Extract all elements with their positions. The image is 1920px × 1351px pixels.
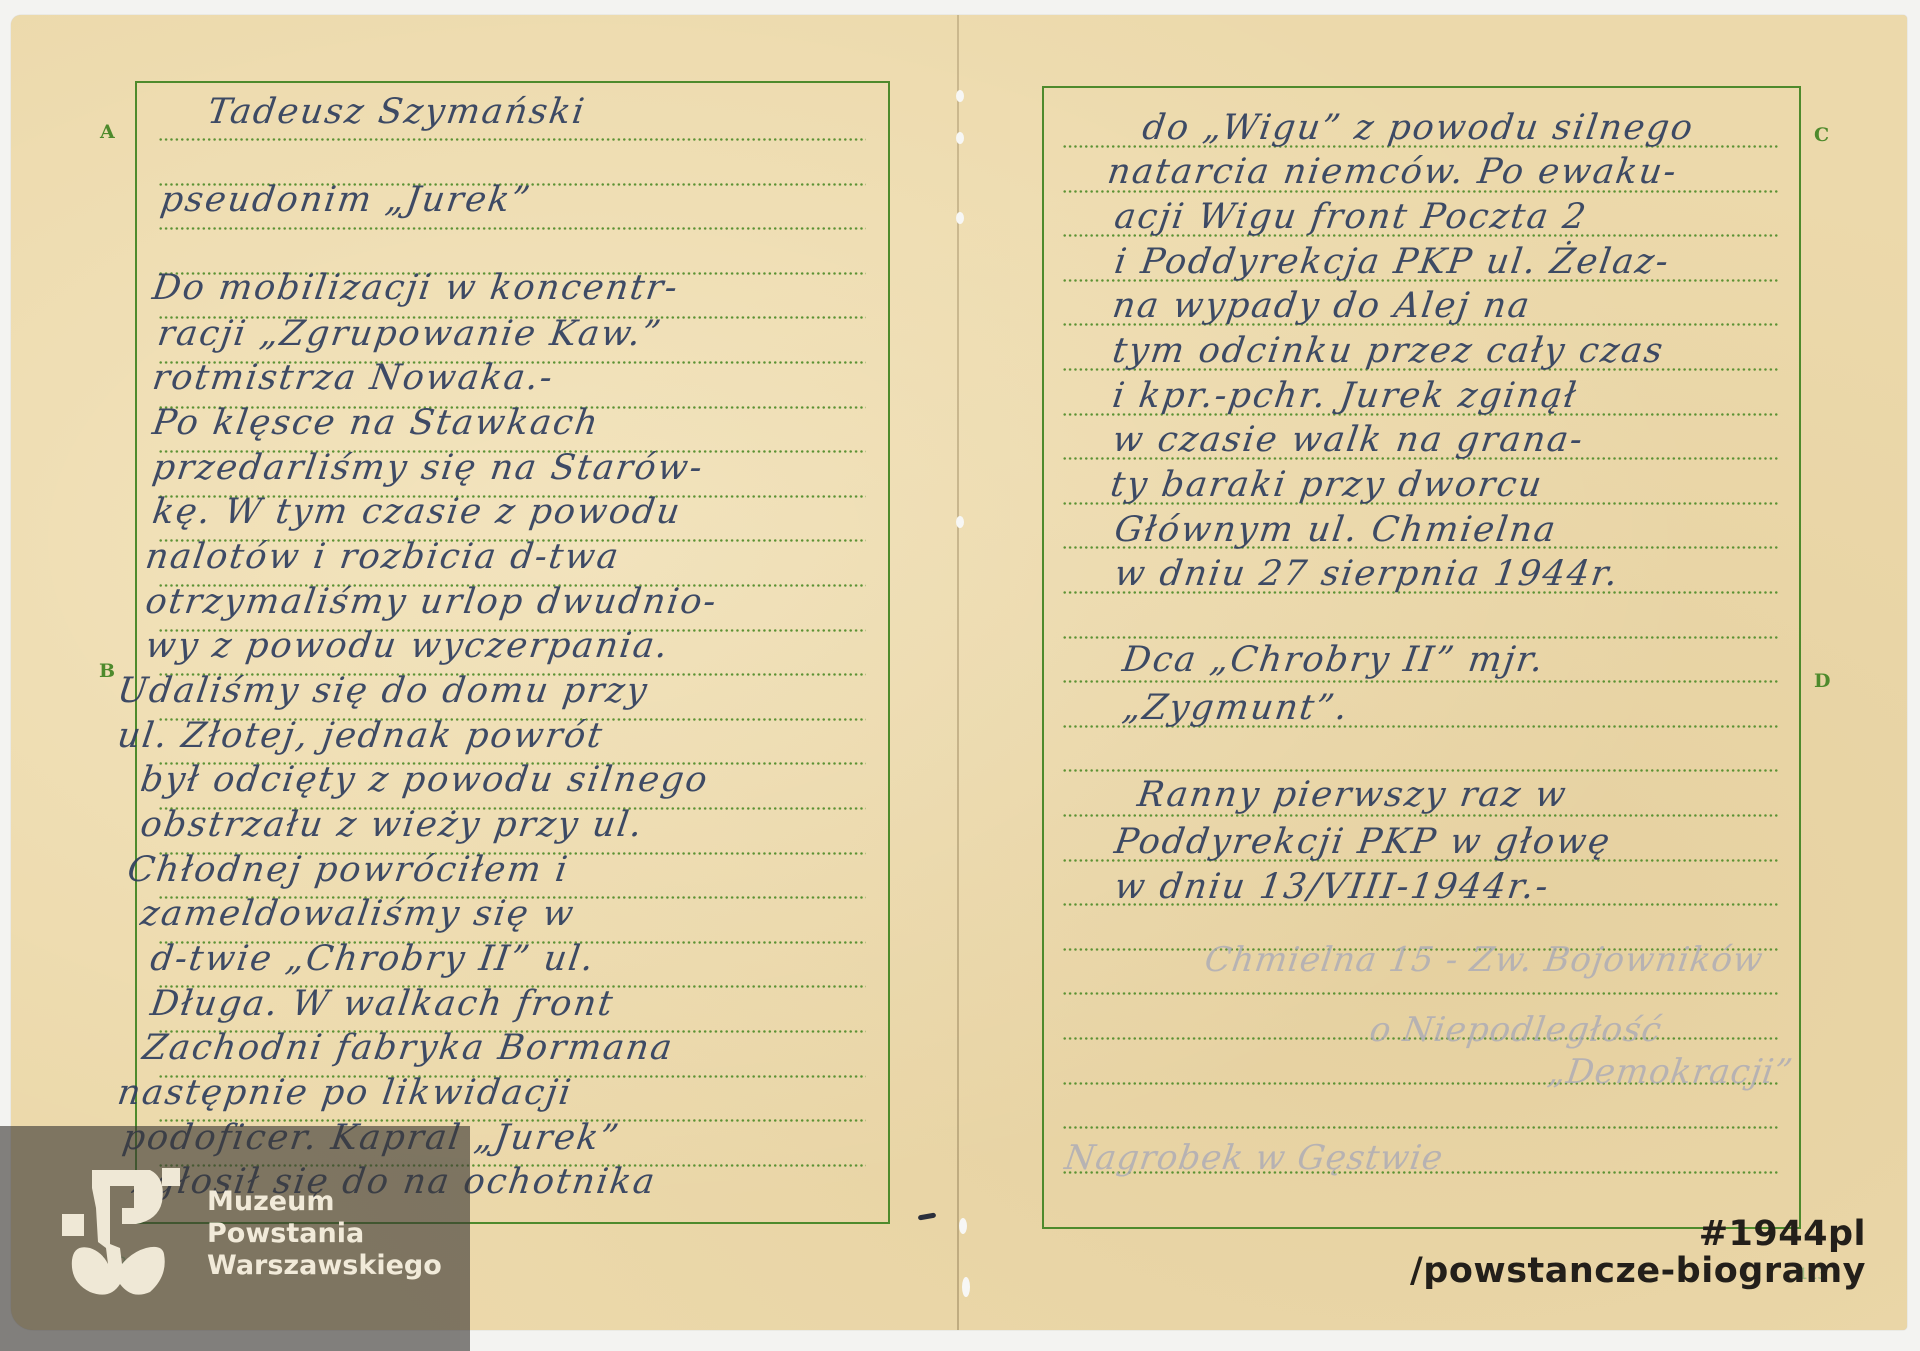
handwritten-line: do „Wigu” z powodu silnego xyxy=(1140,108,1697,148)
handwritten-line: Długa. W walkach front xyxy=(148,984,617,1024)
collection-path-label: /powstancze-biogramy xyxy=(1410,1251,1866,1291)
handwritten-line: Zachodni fabryka Bormana xyxy=(140,1028,676,1068)
handwritten-line: ty baraki przy dworcu xyxy=(1108,465,1546,505)
handwritten-line: był odcięty z powodu silnego xyxy=(138,760,711,800)
museum-name-line-1: Muzeum xyxy=(207,1186,334,1218)
handwritten-line: Głównym ul. Chmielna xyxy=(1112,510,1560,550)
ruled-dotted-line xyxy=(1062,680,1778,683)
pencil-note: Chmielna 15 - Zw. Bojowników xyxy=(1202,940,1766,980)
handwritten-line: Ranny pierwszy raz w xyxy=(1135,775,1570,815)
handwritten-line: i kpr.-pchr. Jurek zginął xyxy=(1110,376,1580,416)
handwritten-line: następnie po likwidacji xyxy=(115,1073,575,1113)
handwritten-line: Chłodnej powróciłem i xyxy=(125,850,572,890)
handwritten-line: Dca „Chrobry II” mjr. xyxy=(1120,640,1547,680)
handwritten-line: Do mobilizacji w koncentr- xyxy=(150,268,682,308)
handwritten-line: otrzymaliśmy urlop dwudnio- xyxy=(143,582,720,622)
handwritten-line: acji Wigu front Poczta 2 xyxy=(1112,197,1590,237)
ruled-dotted-line xyxy=(1062,769,1778,772)
staple-hole xyxy=(956,212,964,224)
handwritten-line: ul. Złotej, jednak powrót xyxy=(115,716,606,756)
margin-letter-c: C xyxy=(1814,124,1829,146)
handwritten-line: i Poddyrekcja PKP ul. Żelaz- xyxy=(1112,242,1673,282)
handwritten-line: Tadeusz Szymański xyxy=(205,92,588,132)
handwritten-line: w dniu 27 sierpnia 1944r. xyxy=(1112,554,1622,594)
handwritten-line: obstrzału z wieży przy ul. xyxy=(138,805,646,845)
kotwica-anchor-icon xyxy=(62,1168,180,1300)
handwritten-line: w czasie walk na grana- xyxy=(1110,420,1587,460)
handwritten-line: „Zygmunt”. xyxy=(1120,688,1352,728)
handwritten-line: d-twie „Chrobry II” ul. xyxy=(148,939,598,979)
museum-name-line-3: Warszawskiego xyxy=(207,1250,442,1282)
handwritten-line: Udaliśmy się do domu przy xyxy=(115,671,651,711)
ruled-dotted-line xyxy=(158,138,866,141)
ruled-dotted-line xyxy=(1062,636,1778,639)
pencil-note: o Niepodległość xyxy=(1367,1010,1664,1050)
pencil-note: Nagrobek w Gęstwie xyxy=(1062,1138,1446,1178)
staple-hole xyxy=(956,90,964,102)
ruled-dotted-line xyxy=(1062,1126,1778,1129)
margin-letter-d: D xyxy=(1814,670,1830,692)
handwritten-line: w dniu 13/VIII-1944r.- xyxy=(1112,867,1552,907)
pencil-note: „Demokracji” xyxy=(1545,1052,1795,1092)
handwritten-line: racji „Zgrupowanie Kaw.” xyxy=(155,314,665,354)
handwritten-line: kę. W tym czasie z powodu xyxy=(150,492,684,532)
staple-hole xyxy=(956,516,964,528)
margin-letter-a: A xyxy=(100,121,115,143)
handwritten-line: wy z powodu wyczerpania. xyxy=(143,626,672,666)
ruled-dotted-line xyxy=(1062,992,1778,995)
handwritten-line: zameldowaliśmy się w xyxy=(138,894,578,934)
staple-hole xyxy=(956,132,964,144)
handwritten-line: Po klęsce na Stawkach xyxy=(150,403,602,443)
museum-name-line-2: Powstania xyxy=(207,1218,364,1250)
hashtag-label: #1944pl xyxy=(1699,1214,1866,1254)
staple-hole xyxy=(959,1218,967,1234)
handwritten-line: nalotów i rozbicia d-twa xyxy=(143,537,623,577)
handwritten-line: na wypady do Alej na xyxy=(1110,286,1534,326)
handwritten-line: pseudonim „Jurek” xyxy=(158,180,534,220)
margin-letter-b: B xyxy=(99,660,115,682)
staple-hole xyxy=(962,1277,970,1297)
handwritten-line: natarcia niemców. Po ewaku- xyxy=(1105,152,1680,192)
handwritten-line: rotmistrza Nowaka.- xyxy=(150,358,557,398)
ruled-dotted-line xyxy=(158,227,866,230)
handwritten-line: tym odcinku przez cały czas xyxy=(1110,331,1667,371)
handwritten-line: Poddyrekcji PKP w głowę xyxy=(1112,822,1614,862)
handwritten-line: przedarliśmy się na Starów- xyxy=(150,448,706,488)
